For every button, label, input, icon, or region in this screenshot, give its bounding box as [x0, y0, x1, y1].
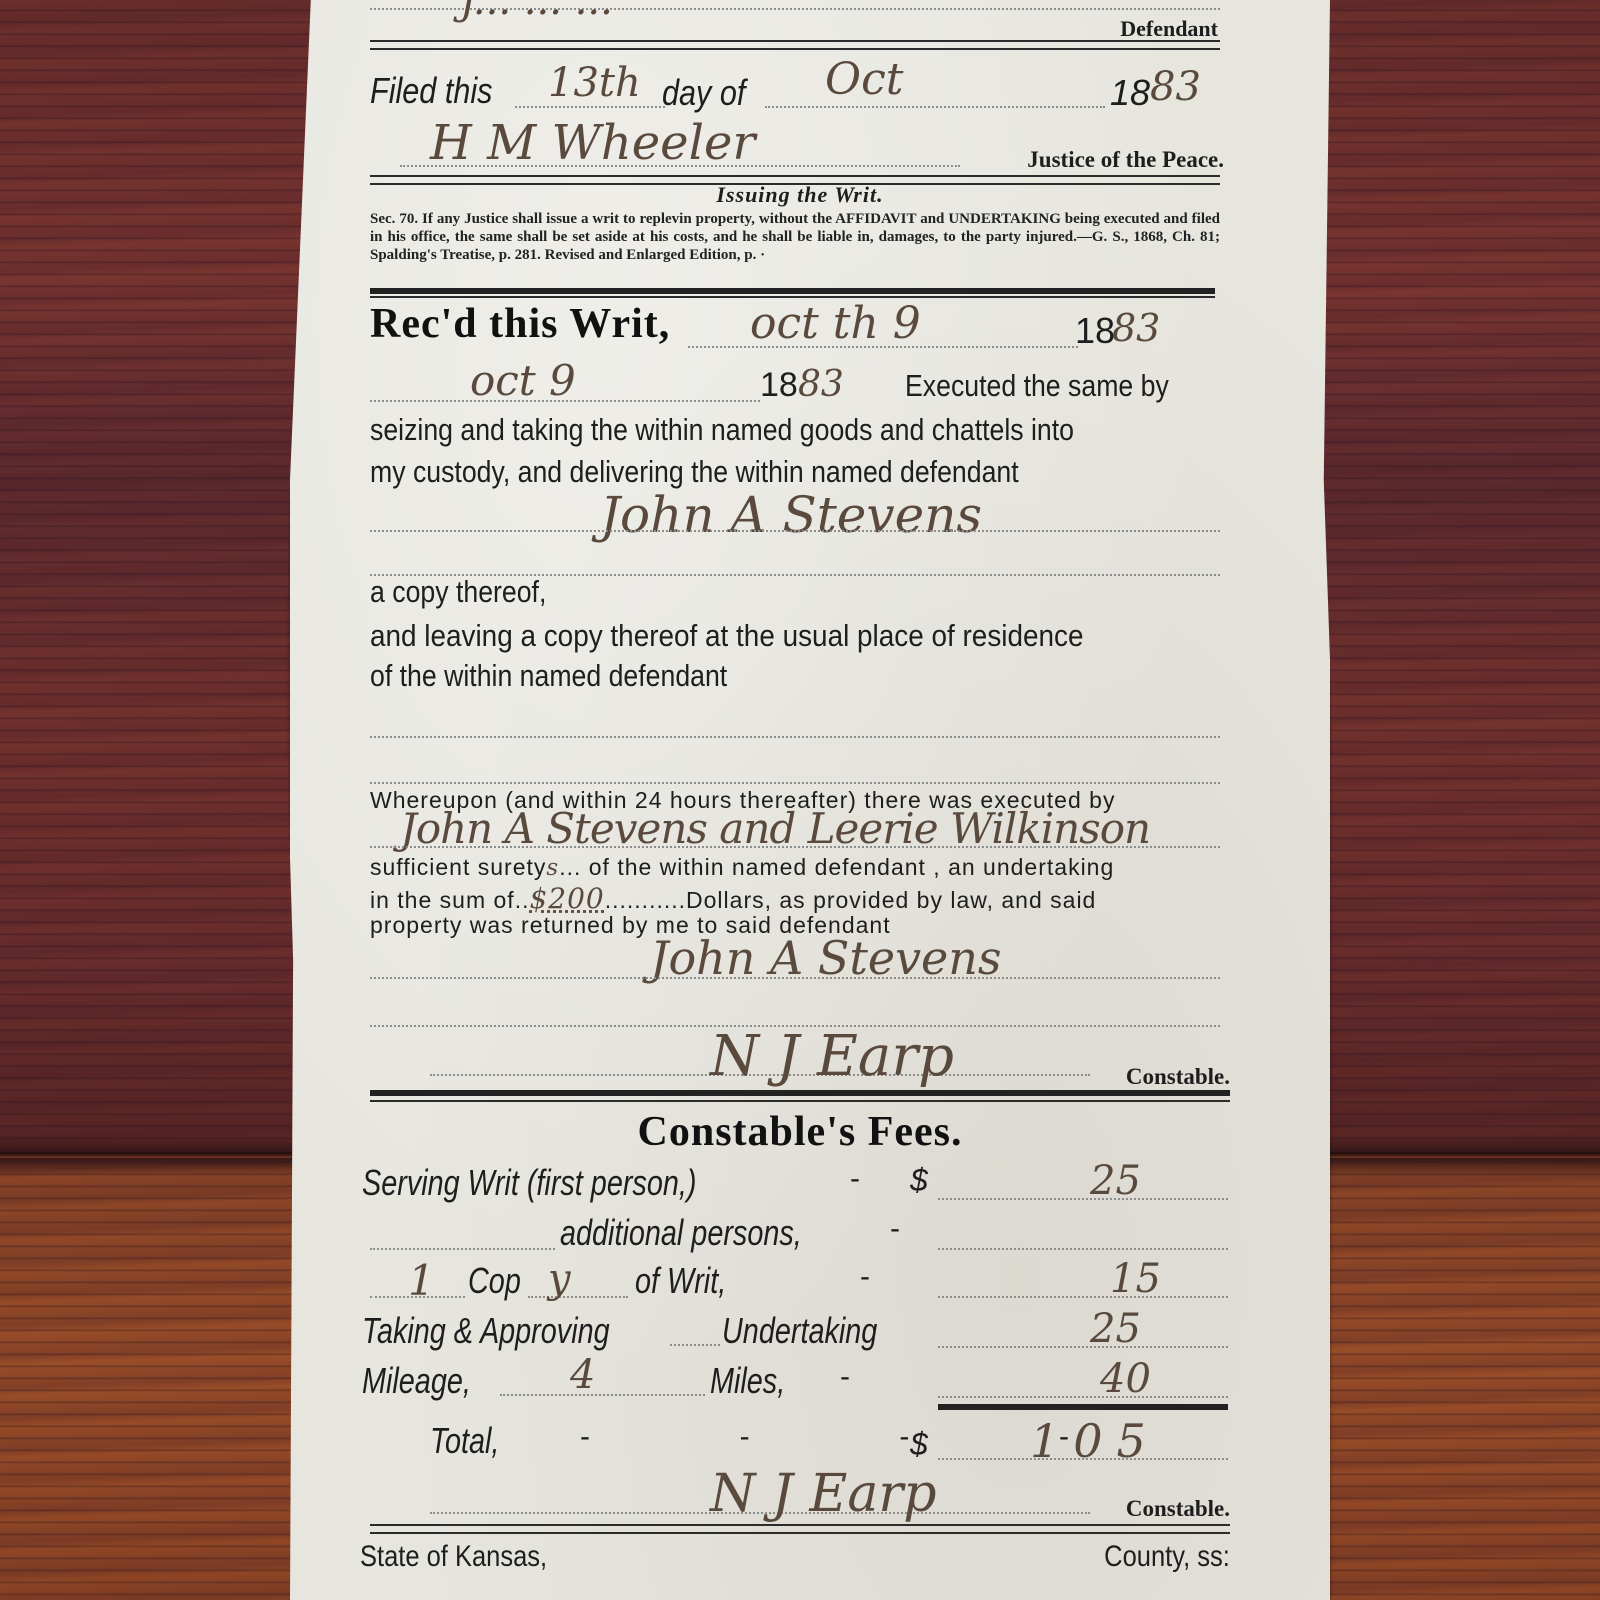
justice-signature: H M Wheeler: [430, 115, 755, 171]
constables-fees-title: Constable's Fees.: [638, 1109, 963, 1155]
county-ss-text: County, ss:: [1104, 1540, 1230, 1574]
fee-label: additional persons,: [560, 1212, 802, 1254]
copy-thereof-text: a copy thereof,: [370, 572, 1110, 612]
fee-label-copy: Cop: [468, 1260, 521, 1302]
state-of-kansas-text: State of Kansas,: [360, 1540, 547, 1574]
leaving-copy-text: and leaving a copy thereof at the usual …: [370, 616, 1144, 656]
copy-plural-fill: y: [548, 1256, 571, 1302]
fee-label-mileage: Mileage,: [362, 1360, 471, 1402]
dollar-sign: $: [910, 1426, 928, 1463]
mileage-miles: 4: [570, 1352, 595, 1398]
received-writ-label: Rec'd this Writ,: [370, 300, 670, 348]
filed-prefix: Filed this: [370, 70, 492, 112]
fee-amount: 25: [1090, 1306, 1141, 1352]
executed-year-suffix: 83: [798, 364, 844, 405]
sufficient-surety-line: sufficient suretys... of the within name…: [370, 852, 1230, 883]
filed-day: 13th: [548, 60, 641, 106]
fee-label-taking: Taking & Approving: [362, 1310, 610, 1352]
received-year-prefix: 18: [1075, 310, 1115, 352]
fee-label-of-writ: of Writ,: [635, 1260, 726, 1302]
total-amount: 105: [1030, 1414, 1160, 1468]
fee-amount: 15: [1110, 1256, 1161, 1302]
copy-quantity: 1: [408, 1256, 435, 1305]
received-year-suffix: 83: [1112, 306, 1160, 350]
executed-year-prefix: 18: [760, 366, 798, 405]
fee-amount: 40: [1100, 1356, 1151, 1402]
within-named-text: of the within named defendant , an under…: [589, 854, 1115, 880]
fee-label: Serving Writ (first person,): [362, 1162, 696, 1204]
received-date: oct th 9: [750, 298, 921, 349]
executed-text: Executed the same by: [905, 366, 1169, 406]
defendant-signature-1: John A Stevens: [600, 486, 982, 544]
fee-label-miles: Miles,: [710, 1360, 785, 1402]
fee-label-undertaking: Undertaking: [722, 1310, 877, 1352]
of-within-defendant-text: of the within named defendant: [370, 656, 1110, 696]
constable-signature-2: N J Earp: [710, 1464, 937, 1524]
issuing-writ-title: Issuing the Writ.: [370, 182, 1230, 208]
constable-signature-1: N J Earp: [710, 1024, 954, 1089]
filed-day-of: day of: [662, 72, 745, 114]
constable-label-1: Constable.: [1126, 1064, 1230, 1090]
filed-year-suffix: 83: [1150, 64, 1201, 110]
fee-amount: 25: [1090, 1158, 1141, 1204]
constable-label-2: Constable.: [1126, 1496, 1230, 1522]
constables-fees-title-row: Constable's Fees.: [370, 1108, 1230, 1156]
issuing-writ-section: Issuing the Writ. Sec. 70. If any Justic…: [370, 182, 1230, 264]
filed-month: Oct: [825, 54, 903, 105]
executed-date: oct 9: [470, 356, 576, 405]
defendant-name-handwritten: J... ... ...: [460, 0, 613, 24]
sufficient-surety-text: sufficient surety: [370, 854, 546, 880]
justice-label: Justice of the Peace.: [1027, 147, 1224, 173]
dollar-sign: $: [910, 1162, 928, 1199]
total-dashes: - - - -: [580, 1420, 1087, 1454]
legal-document-paper: J... ... ... Defendant Filed this 13th d…: [290, 0, 1330, 1600]
surety-plural-fill: s: [546, 855, 559, 881]
total-label: Total,: [430, 1420, 499, 1462]
filed-year-prefix: 18: [1110, 72, 1150, 114]
defendant-label: Defendant: [1120, 16, 1218, 42]
seizing-text: seizing and taking the within named good…: [370, 410, 1110, 450]
issuing-writ-statute-text: Sec. 70. If any Justice shall issue a wr…: [370, 210, 1220, 264]
